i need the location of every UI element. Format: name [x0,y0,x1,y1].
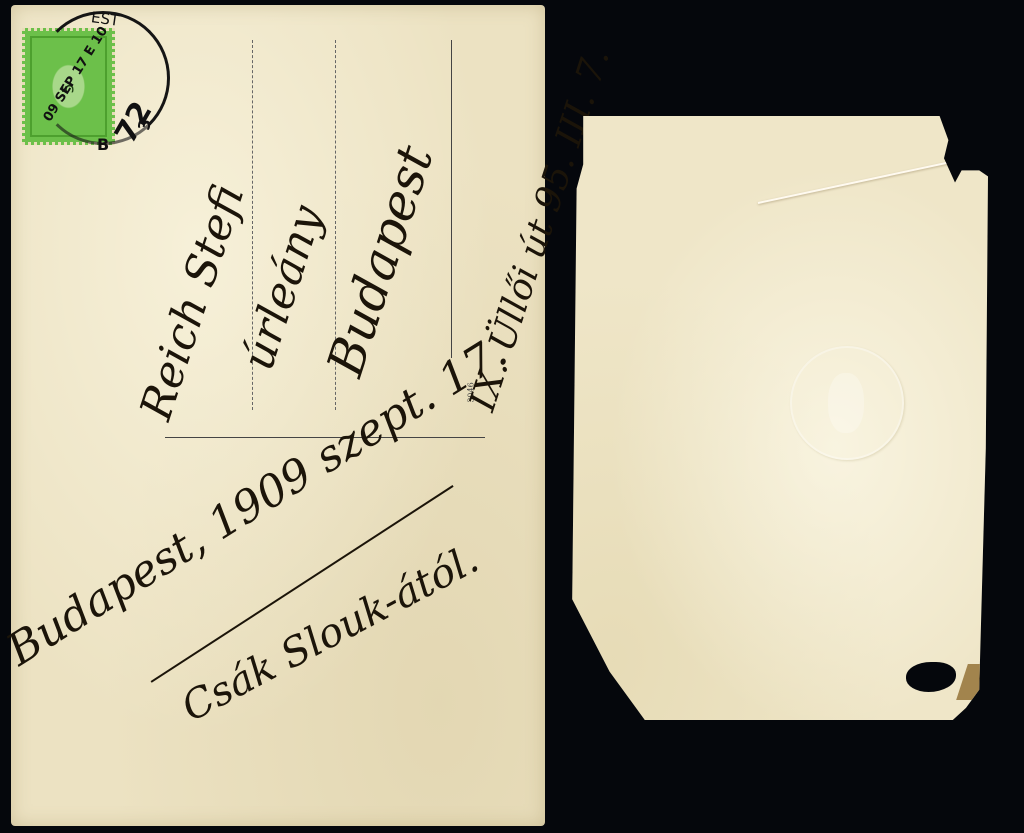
postmark-letter: B [97,135,109,154]
address-title: úrleány [232,200,333,376]
address-name: Reich Stefi [130,179,254,426]
message-place-date: Budapest, 1909 szept. 17. [0,326,516,676]
embossed-portrait [828,373,864,433]
torn-hole [906,662,956,692]
torn-flap [956,664,990,700]
tear-crease [758,156,974,204]
address-line-3 [451,40,452,358]
postcard-front: 5 EST 09 SEP 17 E 10 72 B 3 3046 Reich S… [11,5,545,826]
torn-card-back [570,116,1010,720]
embossed-seal-icon [790,346,904,460]
postmark-city: EST [90,8,120,30]
